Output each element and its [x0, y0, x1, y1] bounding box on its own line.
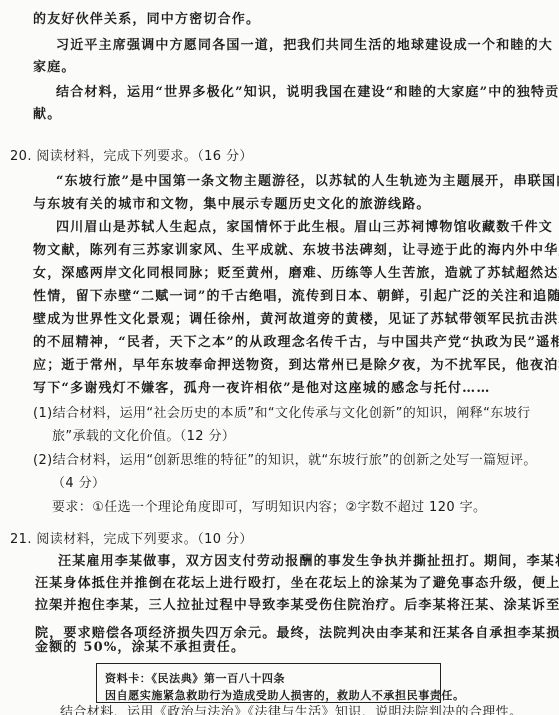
- q20-material-line: 女，深感两岸文化同根同脉；贬至黄州，磨难、历练等人生苦旅，造就了苏轼超然达观的: [33, 266, 559, 282]
- q20-sub2: (2)结合材料，运用“创新思维的特征”的知识，就“东坡行旅”的创新之处写一篇短评…: [33, 453, 537, 469]
- reference-card: 资料卡：《民法典》第一百八十四条 因自愿实施紧急救助行为造成受助人损害的，救助人…: [96, 663, 441, 703]
- q21-question: 结合材料，运用《政治与法治》《法律与生活》知识，说明法院判决的合理性。: [60, 705, 523, 715]
- q20-material-line: 四川眉山是苏轼人生起点，家国情怀于此生根。眉山三苏祠博物馆收藏数千件文: [56, 220, 553, 236]
- q19-question: 结合材料，运用“世界多极化”知识，说明我国在建设“和睦的大家庭”中的独特贡: [56, 85, 559, 101]
- q19-text-line: 家庭。: [33, 60, 76, 76]
- q20-material-line: 应；逝于常州，早年东坡奉命押送物资，到达常州已是除夕夜，为不扰军民，他夜泊城外，: [33, 358, 559, 374]
- q20-material-line: 壁成为世界性文化景观；调任徐州，黄河故道旁的黄楼，见证了苏轼带领军民抗击洪水: [33, 312, 559, 328]
- q21-title: 21. 阅读材料，完成下列要求。（10 分）: [10, 532, 253, 548]
- reference-card-title: 资料卡：《民法典》第一百八十四条: [105, 670, 285, 686]
- q19-question: 献。: [33, 107, 61, 123]
- q20-material-line: 性情，留下赤壁“二赋一词”的千古绝唱，流传到日本、朝鲜，引起广泛的关注和追随，赤: [33, 289, 559, 305]
- q20-requirement: 要求：①任选一个理论角度即可，写明知识内容；②字数不超过 120 字。: [52, 500, 486, 516]
- q20-title: 20. 阅读材料，完成下列要求。（16 分）: [10, 149, 253, 165]
- q20-material-line: 的不屈精神，“民者，天下之本”的从政理念名传千古，与中国共产党“执政为民”遥相呼: [33, 335, 559, 351]
- q19-text-line: 习近平主席强调中方愿同各国一道，把我们共同生活的地球建设成一个和睦的大: [56, 38, 553, 54]
- q19-text-line: 的友好伙伴关系，同中方密切合作。: [33, 12, 260, 28]
- q21-material-line: 汪某雇用李某做事，双方因支付劳动报酬的事发生争执并撕扯扭打。期间，李某将: [58, 554, 559, 570]
- q21-material-line: 汪某身体抵住并推倒在花坛上进行殴打，坐在花坛上的涂某为了避免事态升级，便上前: [35, 576, 559, 592]
- q20-material-line: 写下“多谢残灯不嫌客，孤舟一夜许相依”是他对这座城的感念与托付……: [33, 381, 491, 397]
- q20-material-line: “东坡行旅”是中国第一条文物主题游径，以苏轼的人生轨迹为主题展开，串联国内: [56, 174, 559, 190]
- q20-material-line: 物文献，陈列有三苏家训家风、生平成就、东坡书法碑刻，让寻迹于此的海内外中华儿: [33, 243, 559, 259]
- q21-material-line: 金额的 50%，涂某不承担责任。: [35, 640, 245, 656]
- q20-sub1: (1)结合材料，运用“社会历史的本质”和“文化传承与文化创新”的知识，阐释“东坡…: [33, 406, 531, 422]
- q20-sub2-cont: （4 分）: [52, 476, 105, 492]
- q21-material-line: 拉架并抱住李某，三人拉扯过程中导致李某受伤住院治疗。后李某将汪某、涂某诉至法: [35, 598, 559, 614]
- q20-material-line: 与东坡有关的城市和文物，集中展示专题历史文化的旅游线路。: [33, 197, 431, 213]
- q20-sub1-cont: 旅”承载的文化价值。（12 分）: [52, 429, 235, 445]
- reference-card-text: 因自愿实施紧急救助行为造成受助人损害的，救助人不承担民事责任。: [105, 687, 465, 703]
